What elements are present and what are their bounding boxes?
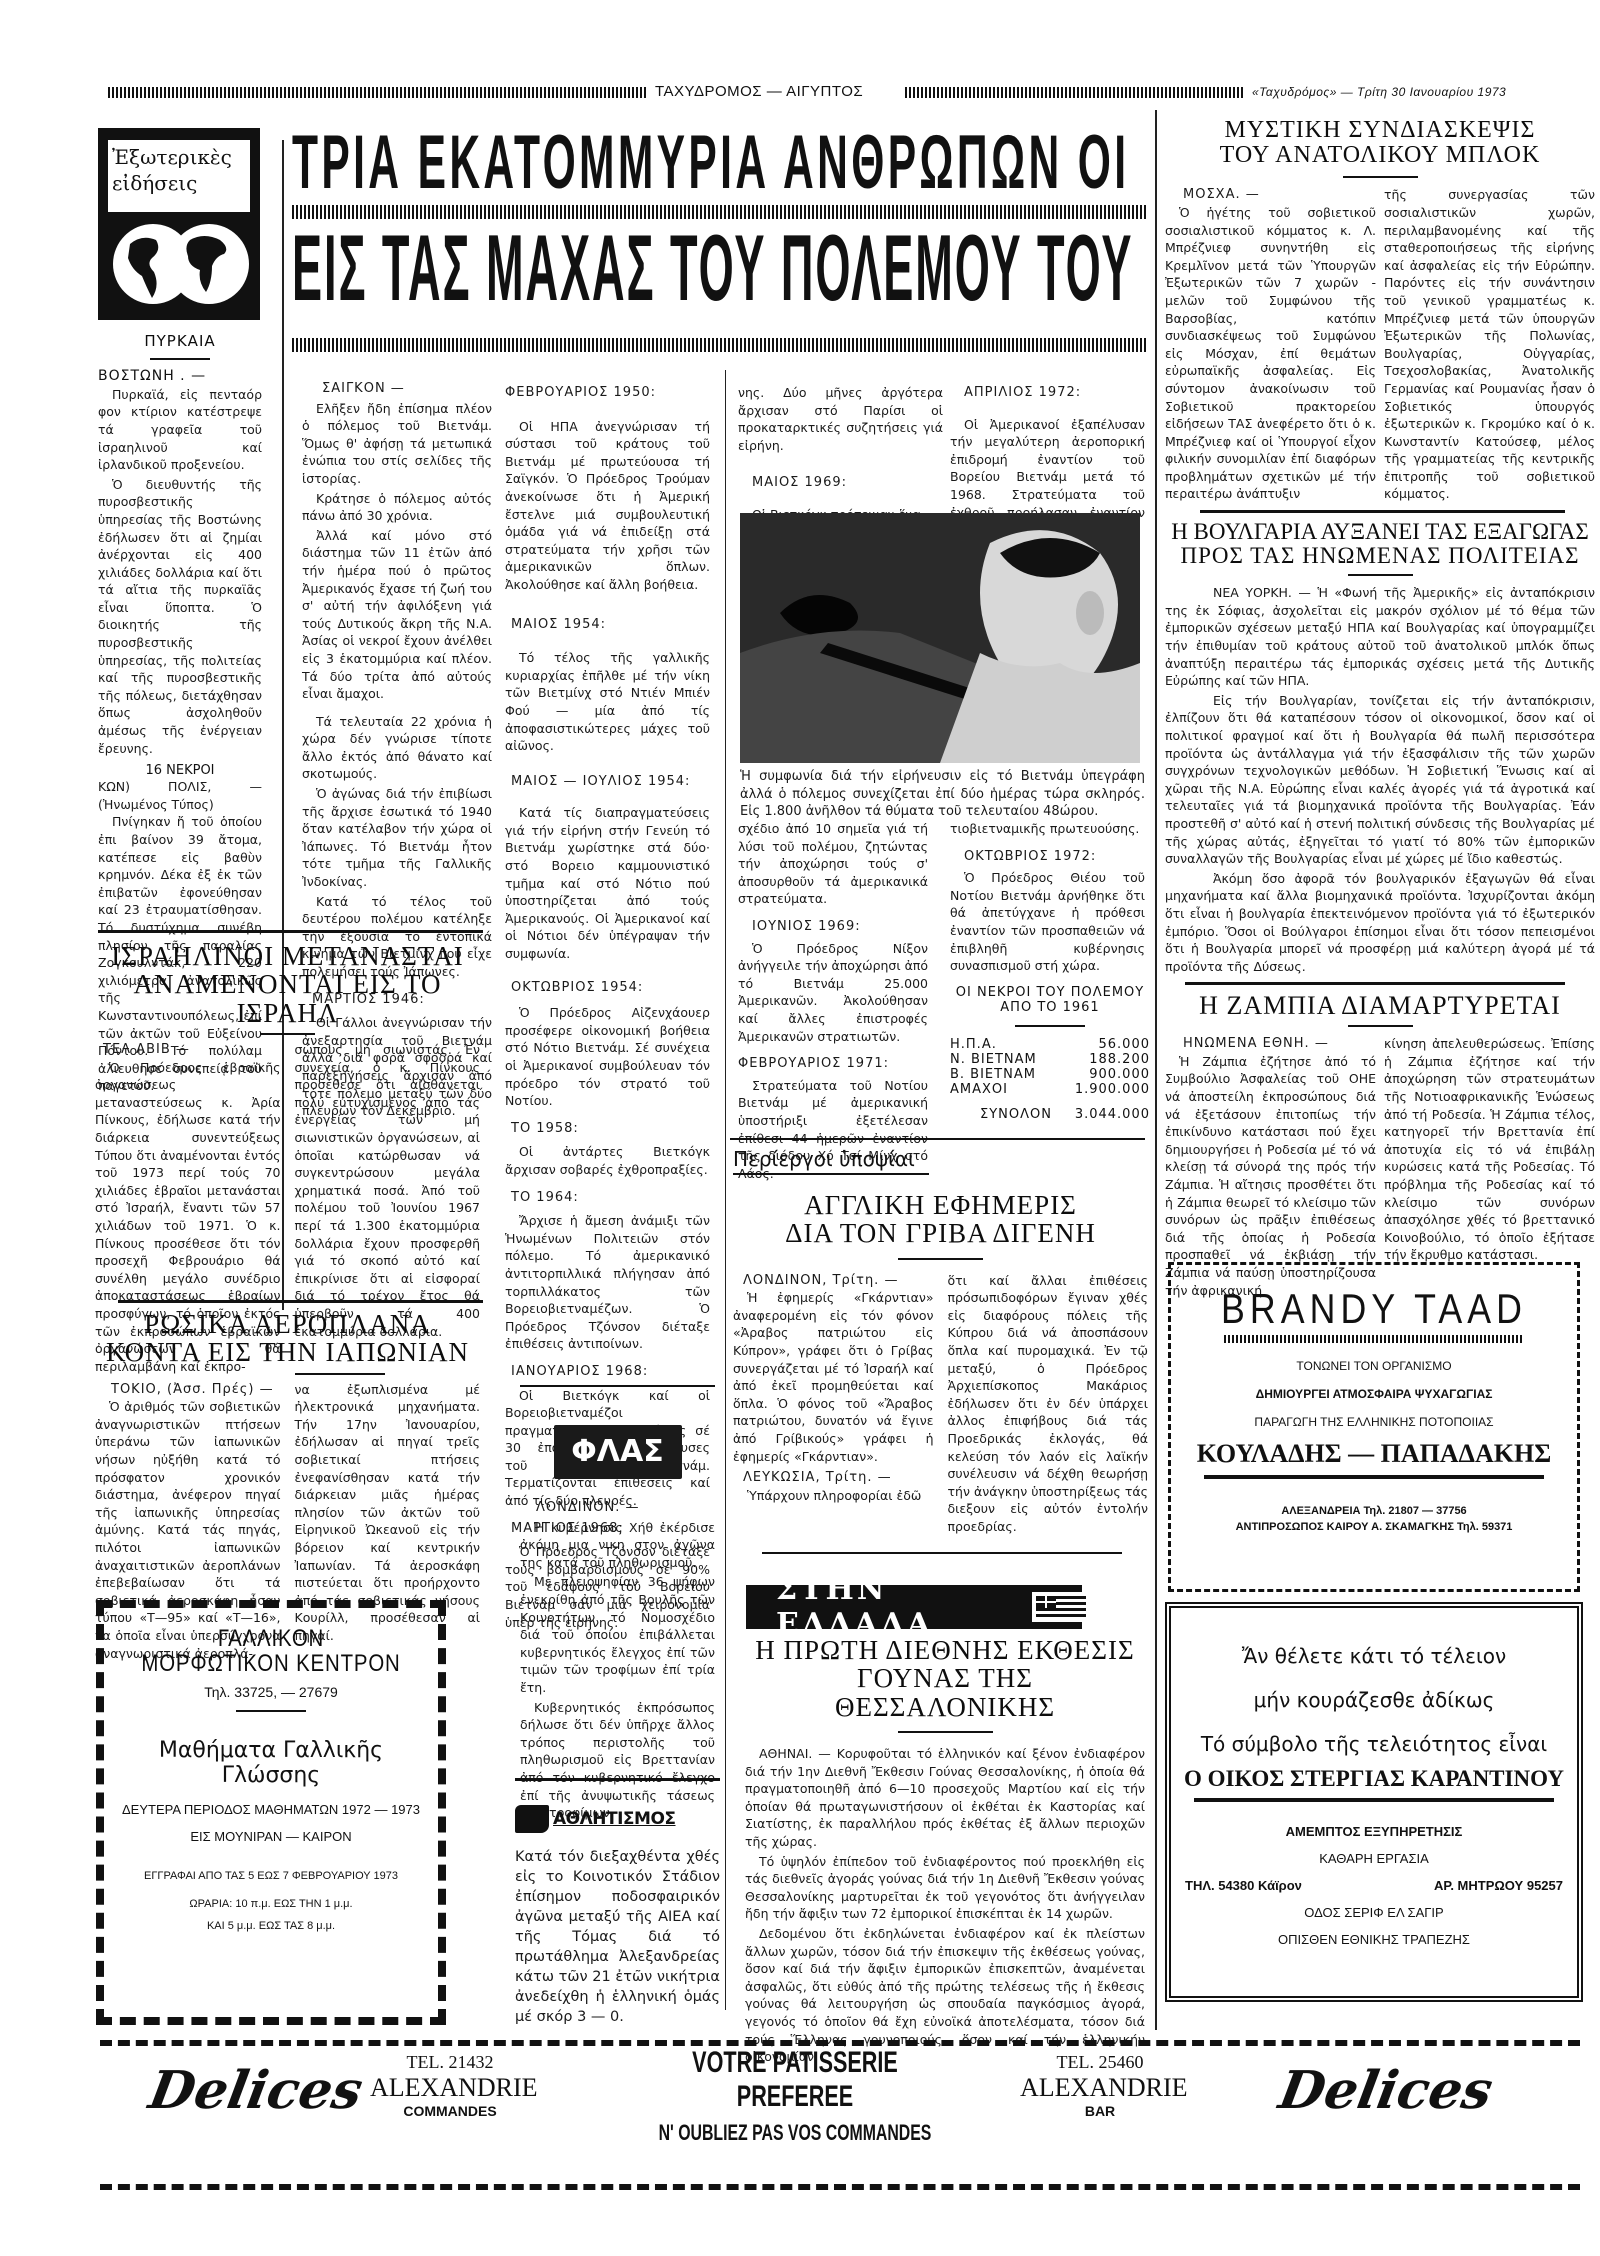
paragraph: Ὁ ἀγώνας διά τήν ἐπιβίωσι τῆς ἄρχισε ἐσω… (302, 785, 492, 891)
table-rule (1015, 1025, 1085, 1027)
section-rule (762, 1552, 1122, 1554)
karantinou-phone: ΤΗΛ. 54380 Κάϊρον (1185, 1878, 1302, 1893)
zambia-article: Η ΖΑΜΠΙΑ ΔΙΑΜΑΡΤΥΡΕΤΑΙ ΗΝΩΜΕΝΑ ΕΘΝΗ. — Ἡ… (1165, 992, 1595, 1301)
delices-logo-text: Delices (145, 2060, 367, 2121)
timeline-heading: ΤΟ 1958: (511, 1120, 710, 1138)
paragraph: ὅτι καί ἄλλαι ἐπιθέσεις πρόσωπιδοφόρων ἔ… (948, 1272, 1149, 1536)
casualties-table: ΟΙ ΝΕΚΡΟΙ ΤΟΥ ΠΟΛΕΜΟΥ ΑΠΟ ΤΟ 1961 Η.Π.Α.… (950, 985, 1150, 1122)
soviet-col-1: ΜΟΣΧΑ. — Ὁ ἡγέτης τοῦ σοβιετικοῦ σοσιαλι… (1165, 186, 1376, 505)
flash-body: ΛΟΝΔΙΝΟΝ. — Ἡ κυβέρνησις Χήθ ἐκέρδισε ἀκ… (520, 1499, 715, 1822)
delices-ad: Delices TEL. 21432 ALEXANDRIE COMMANDES … (100, 2040, 1580, 2190)
paragraph: ΝΕΑ ΥΟΡΚΗ. — Ἡ «Φωνή τῆς Ἀμερικῆς» εἰς ἀ… (1165, 584, 1595, 690)
delices-slogan-1: VOTRE PATISSERIE PREFEREE (637, 2046, 954, 2114)
headline-rule (1343, 176, 1418, 178)
timeline-text-cont: σχέδιο ἀπό 10 σημεῖα γιά τή λύσι τοῦ πολ… (738, 820, 928, 908)
greek-flag-icon (1032, 1592, 1082, 1622)
greece-headline-1: Η ΠΡΩΤΗ ΔΙΕΘΝΗΣ ΕΚΘΕΣΙΣ (745, 1636, 1145, 1664)
israel-headline-1: ΙΣΡΑΗΛΙΝΟΙ ΜΕΤΑΝΑΣΤΑΙ (95, 942, 480, 970)
soviet-bloc-article: ΜΥΣΤΙΚΗ ΣΥΝΔΙΑΣΚΕΨΙΣ ΤΟΥ ΑΝΑΤΟΛΙΚΟΥ ΜΠΛΟ… (1165, 118, 1595, 505)
table-subtitle: ΑΠΟ ΤΟ 1961 (950, 1000, 1150, 1015)
ad-location: ΕΙΣ ΜΟΥΝΙΡΑΝ — ΚΑΙΡΟΝ (114, 1829, 428, 1844)
timeline-text: Ὁ Πρόεδρος Νίξον ἀνήγγειλε τήν ἀποχώρησι… (738, 940, 928, 1046)
timeline-heading: ΜΑΙΟΣ — ΙΟΥΛΙΟΣ 1954: (511, 773, 710, 791)
sports-box: ΑΘΛΗΤΙΣΜΟΣ Κατά τόν διεξαχθέντα χθές εἰς… (515, 1778, 720, 2027)
paragraph: ΑΘΗΝΑΙ. — Κορυφοῦται τό ἑλληνικόν καί ξέ… (745, 1745, 1145, 1851)
timeline-text: Ὁ Πρόεδρος Αἰζενχάουερ προσέφερε οἰκονομ… (505, 1004, 710, 1110)
planes-dateline: ΤΟΚΙΟ, (Ἀσσ. Πρές) — (111, 1381, 281, 1399)
section-rule (1185, 982, 1565, 985)
israel-headline-2: ΑΝΑΜΕΝΟΝΤΑΙ ΕΙΣ ΤΟ ΙΣΡΑΗΛ (95, 970, 480, 1027)
ad-title-2: ΜΟΡΦΩΤΙΚΟΝ ΚΕΝΤΡΟΝ (138, 1651, 405, 1676)
table-row: Ν. ΒΙΕΤΝΑΜ188.200 (950, 1052, 1150, 1067)
delices-logo-right: Delices (1280, 2060, 1520, 2140)
fire-subhead: 16 ΝΕΚΡΟΙ (98, 763, 262, 778)
grivas-dateline: ΛΟΝΔΙΝΟΝ, Τρίτη. — (743, 1272, 934, 1290)
paragraph: κίνηση ἀπελευθερώσεως. Ἐπίσης ἡ Ζάμπια ἐ… (1384, 1035, 1595, 1264)
lead-col-3-bottom: σχέδιο ἀπό 10 σημεῖα γιά τή λύσι τοῦ πολ… (738, 820, 928, 1184)
planes-headline-1: ΡΩΣΙΚΑ ΑΕΡΟΠΛΑΝΑ (95, 1310, 480, 1338)
flash-badge: ΦΛΑΣ (554, 1425, 682, 1479)
section-rule (1200, 510, 1565, 513)
paragraph: Ὁ ἡγέτης τοῦ σοβιετικοῦ σοσιαλιστικοῦ κό… (1165, 204, 1376, 503)
brandy-line-2: ΔΗΜΙΟΥΡΓΕΙ ΑΤΜΟΣΦΑΙΡΑ ΨΥΧΑΓΩΓΙΑΣ (1171, 1387, 1577, 1401)
brandy-brand: BRANDY TAAD (1201, 1285, 1546, 1333)
section-rule (98, 930, 483, 933)
grivas-dateline-2: ΛΕΥΚΩΣΙΑ, Τρίτη. — (743, 1469, 934, 1487)
timeline-heading: ΟΚΤΩΒΡΙΟΣ 1972: (964, 848, 1145, 866)
globe-icon (108, 216, 254, 312)
timeline-heading: ΑΠΡΙΛΙΟΣ 1972: (964, 384, 1145, 402)
photo-caption: Ἡ συμφωνία διά τήν εἰρήνευσιν εἰς τό Βιε… (740, 768, 1145, 821)
paragraph: Ἀλλά καί μόνο στό διάστημα τῶν 11 ἐτῶν ἀ… (302, 527, 492, 703)
table-row: Β. ΒΙΕΤΝΑΜ900.000 (950, 1067, 1150, 1082)
greece-banner-label: ΣΤΗΝ ΕΛΛΑΔΑ (776, 1572, 1018, 1642)
delices-left-city: ALEXANDRIE (370, 2073, 530, 2103)
paragraph: Ελῆξεν ἤδη ἐπίσημα πλέον ὁ πόλεμος τοῦ Β… (302, 400, 492, 488)
ad-period: ΔΕΥΤΕΡΑ ΠΕΡΙΟΔΟΣ ΜΑΘΗΜΑΤΩΝ 1972 — 1973 (114, 1802, 428, 1817)
karantinou-street: ΟΔΟΣ ΣΕΡΙΦ ΕΛ ΣΑΓΙΡ (1171, 1905, 1577, 1920)
ad-rule (236, 1710, 306, 1712)
ad-hours-1: ΩΡΑΡΙΑ: 10 π.μ. ΕΩΣ ΤΗΝ 1 μ.μ. (114, 1898, 428, 1910)
section-badge: Ἐξωτερικὲς εἰδήσεις (98, 128, 260, 320)
lead-headline-rule-2 (292, 338, 1147, 352)
fire-sub-dateline: ΚΩΝ) ΠΟΛΙΣ, — (Ἠνωμένος Τύπος) (98, 778, 262, 813)
timeline-text: Ἄρχισε ἡ ἄμεση ἀνάμιξι τῶν Ἡνωμένων Πολι… (505, 1212, 710, 1353)
paragraph: Ἡ κυβέρνησις Χήθ ἐκέρδισε ἀκόμη μια νικη… (520, 1519, 715, 1572)
timeline-text: νης. Δύο μῆνες ἀργότερα ἄρχισαν στό Παρί… (738, 384, 943, 454)
row-label: Β. ΒΙΕΤΝΑΜ (950, 1067, 1036, 1082)
timeline-text: Οἱ ΗΠΑ ἀνεγνώρισαν τή σύστασι τοῦ κράτου… (505, 418, 710, 594)
paragraph: Ἀκόμη ὅσο ἀφορᾶ τόν βουλγαρικόν ἐξαγωγῶν… (1165, 870, 1595, 976)
row-label: ΑΜΑΧΟΙ (950, 1082, 1008, 1097)
paragraph: τῆς συνεργασίας τῶν σοσιαλιστικῶν χωρῶν,… (1384, 186, 1595, 503)
brandy-line-1: ΤΟΝΩΝΕΙ ΤΟΝ ΟΡΓΑΝΙΣΜΟ (1171, 1359, 1577, 1373)
karantinou-line-1: Ἄν θέλετε κάτι τό τέλειον (1171, 1644, 1577, 1668)
paragraph: Ὑπάρχουν πληροφορίαι ἐδῶ (733, 1487, 934, 1505)
delices-right-city: ALEXANDRIE (1020, 2073, 1180, 2103)
timeline-heading: ΦΕΒΡΟΥΑΡΙΟΣ 1950: (505, 384, 710, 402)
masthead-paper-name: ΤΑΧΥΔΡΟΜΟΣ — ΑΙΓΥΠΤΟΣ (655, 83, 900, 100)
timeline-text: Τό τέλος τῆς γαλλικῆς κυριαρχίας ἐπῆλθε … (505, 649, 710, 755)
paragraph: σώπους μή σιωνιστάς. Ἐν συνεχείᾳ, ὁ κ. Π… (295, 1041, 481, 1340)
section-badge-label: Ἐξωτερικὲς εἰδήσεις (108, 140, 250, 212)
row-value: 900.000 (1089, 1067, 1150, 1082)
row-label: Ν. ΒΙΕΤΝΑΜ (950, 1052, 1037, 1067)
kicker-label: Περίεργοι ὑποψίαι (733, 1147, 915, 1171)
lead-bottom-rule (730, 1138, 1145, 1140)
masthead-rule-left (108, 87, 648, 98)
sports-hand-icon (515, 1805, 549, 1833)
delices-left-contact: TEL. 21432 ALEXANDRIE COMMANDES (370, 2052, 530, 2119)
lead-headline-2: ΕΙΣ ΤΑΣ ΜΑΧΑΣ ΤΟΥ ΠΟΛΕΜΟΥ ΤΟΥ ΒΙΕΤΝΑΜ (292, 225, 1147, 311)
soviet-col-2: τῆς συνεργασίας τῶν σοσιαλιστικῶν χωρῶν,… (1384, 186, 1595, 505)
badge-title-line1: Ἐξωτερικὲς (112, 144, 246, 170)
timeline-text: Ὁ Πρόεδρος Θιέου τοῦ Νοτίου Βιετνάμ ἀρνή… (950, 869, 1145, 975)
headline-rule (260, 1033, 315, 1035)
paragraph: Εἰς τήν Βουλγαρίαν, τονίζεται εἰς τήν ἀν… (1165, 692, 1595, 868)
lead-headline-1: ΤΡΙΑ ΕΚΑΤΟΜΜΥΡΙΑ ΑΝΘΡΩΠΩΝ ΟΙ ΝΕΚΡΟΙ (292, 128, 1147, 198)
flash-box: ΦΛΑΣ ΛΟΝΔΙΝΟΝ. — Ἡ κυβέρνησις Χήθ ἐκέρδι… (520, 1385, 715, 1605)
zambia-dateline: ΗΝΩΜΕΝΑ ΕΘΝΗ. — (1183, 1035, 1376, 1053)
ad-hours-2: ΚΑΙ 5 μ.μ. ΕΩΣ ΤΑΣ 8 μ.μ. (114, 1920, 428, 1932)
row-value: 56.000 (1099, 1037, 1151, 1052)
masthead-dateline: «Ταχυδρόμος» — Τρίτη 30 Ιανουαρίου 1973 (1252, 85, 1552, 99)
lead-col-3-top: νης. Δύο μῆνες ἀργότερα ἄρχισαν στό Παρί… (738, 384, 943, 526)
headline-rule (898, 1731, 993, 1733)
brandy-ad: BRANDY TAAD ΤΟΝΩΝΕΙ ΤΟΝ ΟΡΓΑΝΙΣΜΟ ΔΗΜΙΟΥ… (1168, 1262, 1580, 1592)
column-divider (725, 370, 726, 2010)
paragraph: Ὁ διευθυντής τῆς πυροσβεστικῆς ὑπηρεσίας… (98, 476, 262, 758)
fire-body: Πυρκαϊά, εἰς πενταόρ φον κτίριον κατέστρ… (98, 386, 262, 757)
timeline-text: Κατά τίς διαπραγματεύσεις γιά τήν εἰρήνη… (505, 804, 710, 962)
delices-slogans: VOTRE PATISSERIE PREFEREE N' OUBLIEZ PAS… (575, 2046, 1015, 2146)
karantinou-registry: ΑΡ. ΜΗΤΡΩΟΥ 95257 (1434, 1878, 1563, 1893)
sports-body: Κατά τόν διεξαχθέντα χθές εἰς το Κοινοτι… (515, 1847, 720, 2027)
section-rule (520, 1385, 715, 1387)
soldier-photo-icon (740, 513, 1140, 763)
badge-title-line2: εἰδήσεις (112, 170, 246, 196)
photo-soldier-with-rifle (740, 513, 1140, 763)
delices-left-tel: TEL. 21432 (370, 2052, 530, 2073)
row-value: 1.900.000 (1075, 1082, 1150, 1097)
lead-col-4-bottom: τιοβιετναμικῆς πρωτευούσης. ΟΚΤΩΒΡΙΟΣ 19… (950, 820, 1145, 977)
grivas-kicker: Περίεργοι ὑποψίαι (733, 1145, 929, 1175)
french-institute-ad: ΓΑΛΛΙΚΟΝ ΜΟΡΦΩΤΙΚΟΝ ΚΕΝΤΡΟΝ Τηλ. 33725, … (96, 1600, 446, 2025)
headline-rule (898, 1258, 983, 1260)
soviet-headline-2: ΤΟΥ ΑΝΑΤΟΛΙΚΟΥ ΜΠΛΟΚ (1165, 143, 1595, 168)
section-rule (118, 1300, 483, 1303)
delices-left-label: COMMANDES (370, 2103, 530, 2119)
karantinou-ad: Ἄν θέλετε κάτι τό τέλειον μήν κουράζεσθε… (1165, 1602, 1583, 2002)
headline-rule (150, 358, 210, 360)
timeline-text-cont: τιοβιετναμικῆς πρωτευούσης. (950, 820, 1145, 838)
timeline-text: Οἱ ἀντάρτες Βιετκόγκ ἄρχισαν σοβαρές ἐχθ… (505, 1143, 710, 1178)
row-label: Η.Π.Α. (950, 1037, 997, 1052)
lead-dateline: ΣΑΙΓΚΟΝ — (322, 380, 492, 398)
karantinou-landmark: ΟΠΙΣΘΕΝ ΕΘΝΙΚΗΣ ΤΡΑΠΕΖΗΣ (1171, 1932, 1577, 1947)
bulgaria-headline-1: Η ΒΟΥΛΓΑΡΙΑ ΑΥΞΑΝΕΙ ΤΑΣ ΕΞΑΓΩΓΑΣ (1165, 520, 1595, 544)
paragraph: Με πλειοψηφίαν 36 ψήφων ἐνεκρίθη ἀπό τῆς… (520, 1573, 715, 1696)
grivas-headline-1: ΑΓΓΛΙΚΗ ΕΦΗΜΕΡΙΣ (733, 1191, 1148, 1219)
brandy-contact-1: ΑΛΕΞΑΝΔΡΕΙΑ Τηλ. 21807 — 37756 (1171, 1505, 1577, 1517)
soviet-headline-1: ΜΥΣΤΙΚΗ ΣΥΝΔΙΑΣΚΕΨΙΣ (1165, 118, 1595, 143)
ad-phone: Τηλ. 33725, — 27679 (114, 1684, 428, 1700)
timeline-heading: ΦΕΒΡΟΥΑΡΙΟΣ 1971: (738, 1055, 928, 1073)
headline-rule (295, 1373, 385, 1375)
timeline-heading: ΜΑΙΟΣ 1954: (511, 616, 710, 634)
karantinou-rule (1194, 1798, 1554, 1802)
sports-badge: ΑΘΛΗΤΙΣΜΟΣ (515, 1805, 720, 1833)
ad-subtitle: Μαθήματα Γαλλικῆς Γλώσσης (114, 1738, 428, 1788)
total-value: 3.044.000 (1075, 1107, 1150, 1122)
greece-body: ΑΘΗΝΑΙ. — Κορυφοῦται τό ἑλληνικόν καί ξέ… (745, 1745, 1145, 2066)
column-divider (1155, 110, 1157, 2030)
bulgaria-body: ΝΕΑ ΥΟΡΚΗ. — Ἡ «Φωνή τῆς Ἀμερικῆς» εἰς ἀ… (1165, 584, 1595, 975)
fire-headline: ΠΥΡΚΑΙΑ (98, 334, 262, 350)
timeline-heading: ΜΑΙΟΣ 1969: (752, 474, 943, 492)
karantinou-contact-row: ΤΗΛ. 54380 Κάϊρον ΑΡ. ΜΗΤΡΩΟΥ 95257 (1171, 1878, 1577, 1893)
masthead-rule-right (905, 87, 1245, 98)
planes-headline-2: ΚΟΝΤΑ ΕΙΣ ΤΗΝ ΙΑΠΩΝΙΑΝ (95, 1338, 480, 1366)
delices-right-tel: TEL. 25460 (1020, 2052, 1180, 2073)
headline-rule (1348, 1025, 1413, 1027)
row-value: 188.200 (1089, 1052, 1150, 1067)
ad-title-1: ΓΑΛΛΙΚΟΝ (138, 1626, 405, 1651)
paragraph: Τά τελευταία 22 χρόνια ἡ χώρα δέν γνώρισ… (302, 713, 492, 783)
delices-logo-left: Delices (150, 2060, 360, 2140)
sports-badge-label: ΑΘΛΗΤΙΣΜΟΣ (553, 1809, 676, 1829)
table-title: ΟΙ ΝΕΚΡΟΙ ΤΟΥ ΠΟΛΕΜΟΥ (950, 985, 1150, 1000)
flash-badge-label: ΦΛΑΣ (571, 1434, 663, 1469)
grivas-headline-2: ΔΙΑ ΤΟΝ ΓΡΙΒΑ ΔΙΓΕΝΗ (733, 1219, 1148, 1247)
zambia-headline: Η ΖΑΜΠΙΑ ΔΙΑΜΑΡΤΥΡΕΤΑΙ (1165, 992, 1595, 1019)
karantinou-line-2: μήν κουράζεσθε ἀδίκως (1171, 1688, 1577, 1712)
brandy-line-3: ΠΑΡΑΓΩΓΗ ΤΗΣ ΕΛΛΗΝΙΚΗΣ ΠΟΤΟΠΟΙΙΑΣ (1171, 1415, 1577, 1429)
delices-logo-text: Delices (1275, 2060, 1497, 2121)
soviet-dateline: ΜΟΣΧΑ. — (1183, 186, 1376, 204)
paragraph: Πυρκαϊά, εἰς πενταόρ φον κτίριον κατέστρ… (98, 386, 262, 474)
paragraph: Κράτησε ὁ πόλεμος αὐτός πάνω ἀπό 30 χρόν… (302, 490, 492, 525)
karantinou-work: ΚΑΘΑΡΗ ΕΡΓΑΣΙΑ (1171, 1851, 1577, 1866)
total-label: ΣΥΝΟΛΟΝ (980, 1107, 1052, 1122)
brandy-producer-rule (1204, 1475, 1544, 1479)
karantinou-line-3: Τό σύμβολο τῆς τελειότητος εἶναι (1171, 1732, 1577, 1756)
flash-dateline: ΛΟΝΔΙΝΟΝ. — (536, 1499, 715, 1517)
bulgaria-article: Η ΒΟΥΛΓΑΡΙΑ ΑΥΞΑΝΕΙ ΤΑΣ ΕΞΑΓΩΓΑΣ ΠΡΟΣ ΤΑ… (1165, 520, 1595, 977)
israel-dateline: ΤΕΛ ΑΒΙΒ — (103, 1041, 281, 1059)
lead-headline-rule (292, 205, 1147, 219)
timeline-heading: ΙΟΥΝΙΟΣ 1969: (752, 918, 928, 936)
grivas-col-1: ΛΟΝΔΙΝΟΝ, Τρίτη. — Ἡ ἐφημερίς «Γκάρντιαν… (733, 1272, 934, 1538)
karantinou-service: ΑΜΕΜΠΤΟΣ ΕΞΥΠΗΡΕΤΗΣΙΣ (1171, 1824, 1577, 1839)
delices-right-label: BAR (1020, 2103, 1180, 2119)
greece-banner: ΣΤΗΝ ΕΛΛΑΔΑ (746, 1585, 1082, 1629)
table-total-row: ΣΥΝΟΛΟΝ3.044.000 (950, 1107, 1150, 1122)
brandy-contact-2: ΑΝΤΙΠΡΟΣΩΠΟΣ ΚΑΙΡΟΥ Α. ΣΚΑΜΑΓΚΗΣ Τηλ. 59… (1171, 1521, 1577, 1533)
bulgaria-headline-2: ΠΡΟΣ ΤΑΣ ΗΝΩΜΕΝΑΣ ΠΟΛΙΤΕΙΑΣ (1165, 544, 1595, 568)
table-row: ΑΜΑΧΟΙ1.900.000 (950, 1082, 1150, 1097)
delices-slogan-2: N' OUBLIEZ PAS VOS COMMANDES (637, 2120, 954, 2146)
fire-dateline: ΒΟΣΤΩΝΗ . — (98, 368, 262, 384)
timeline-heading: ΙΑΝΟΥΑΡΙΟΣ 1968: (511, 1363, 710, 1381)
timeline-heading: ΟΚΤΩΒΡΙΟΣ 1954: (511, 979, 710, 997)
greece-article: Η ΠΡΩΤΗ ΔΙΕΘΝΗΣ ΕΚΘΕΣΙΣ ΓΟΥΝΑΣ ΤΗΣ ΘΕΣΣΑ… (745, 1636, 1145, 2068)
brandy-rule (1224, 1335, 1524, 1343)
grivas-article: Περίεργοι ὑποψίαι ΑΓΓΛΙΚΗ ΕΦΗΜΕΡΙΣ ΔΙΑ Τ… (733, 1145, 1148, 1538)
paragraph: Τό ὑψηλόν ἐπίπεδον τοῦ ἐνδιαφέροντος πού… (745, 1853, 1145, 1923)
section-rule (515, 1778, 720, 1781)
table-row: Η.Π.Α.56.000 (950, 1037, 1150, 1052)
paragraph: Ἡ ἐφημερίς «Γκάρντιαν» ἀναφερομένη εἰς τ… (733, 1289, 934, 1465)
brandy-producer: ΚΟΥΛΑΔΗΣ — ΠΑΠΑΔΑΚΗΣ (1171, 1439, 1577, 1469)
greece-headline-2: ΓΟΥΝΑΣ ΤΗΣ ΘΕΣΣΑΛΟΝΙΚΗΣ (745, 1664, 1145, 1721)
karantinou-name: Ο ΟΙΚΟΣ ΣΤΕΡΓΙΑΣ ΚΑΡΑΝΤΙΝΟΥ (1171, 1766, 1577, 1792)
timeline-heading: ΤΟ 1964: (511, 1189, 710, 1207)
delices-right-contact: TEL. 25460 ALEXANDRIE BAR (1020, 2052, 1180, 2119)
ad-enrollment: ΕΓΓΡΑΦΑΙ ΑΠΟ ΤΑΣ 5 ΕΩΣ 7 ΦΕΒΡΟΥΑΡΙΟΥ 197… (114, 1870, 428, 1882)
grivas-col-2: ὅτι καί ἄλλαι ἐπιθέσεις πρόσωπιδοφόρων ἔ… (948, 1272, 1149, 1538)
headline-rule (1348, 574, 1413, 576)
